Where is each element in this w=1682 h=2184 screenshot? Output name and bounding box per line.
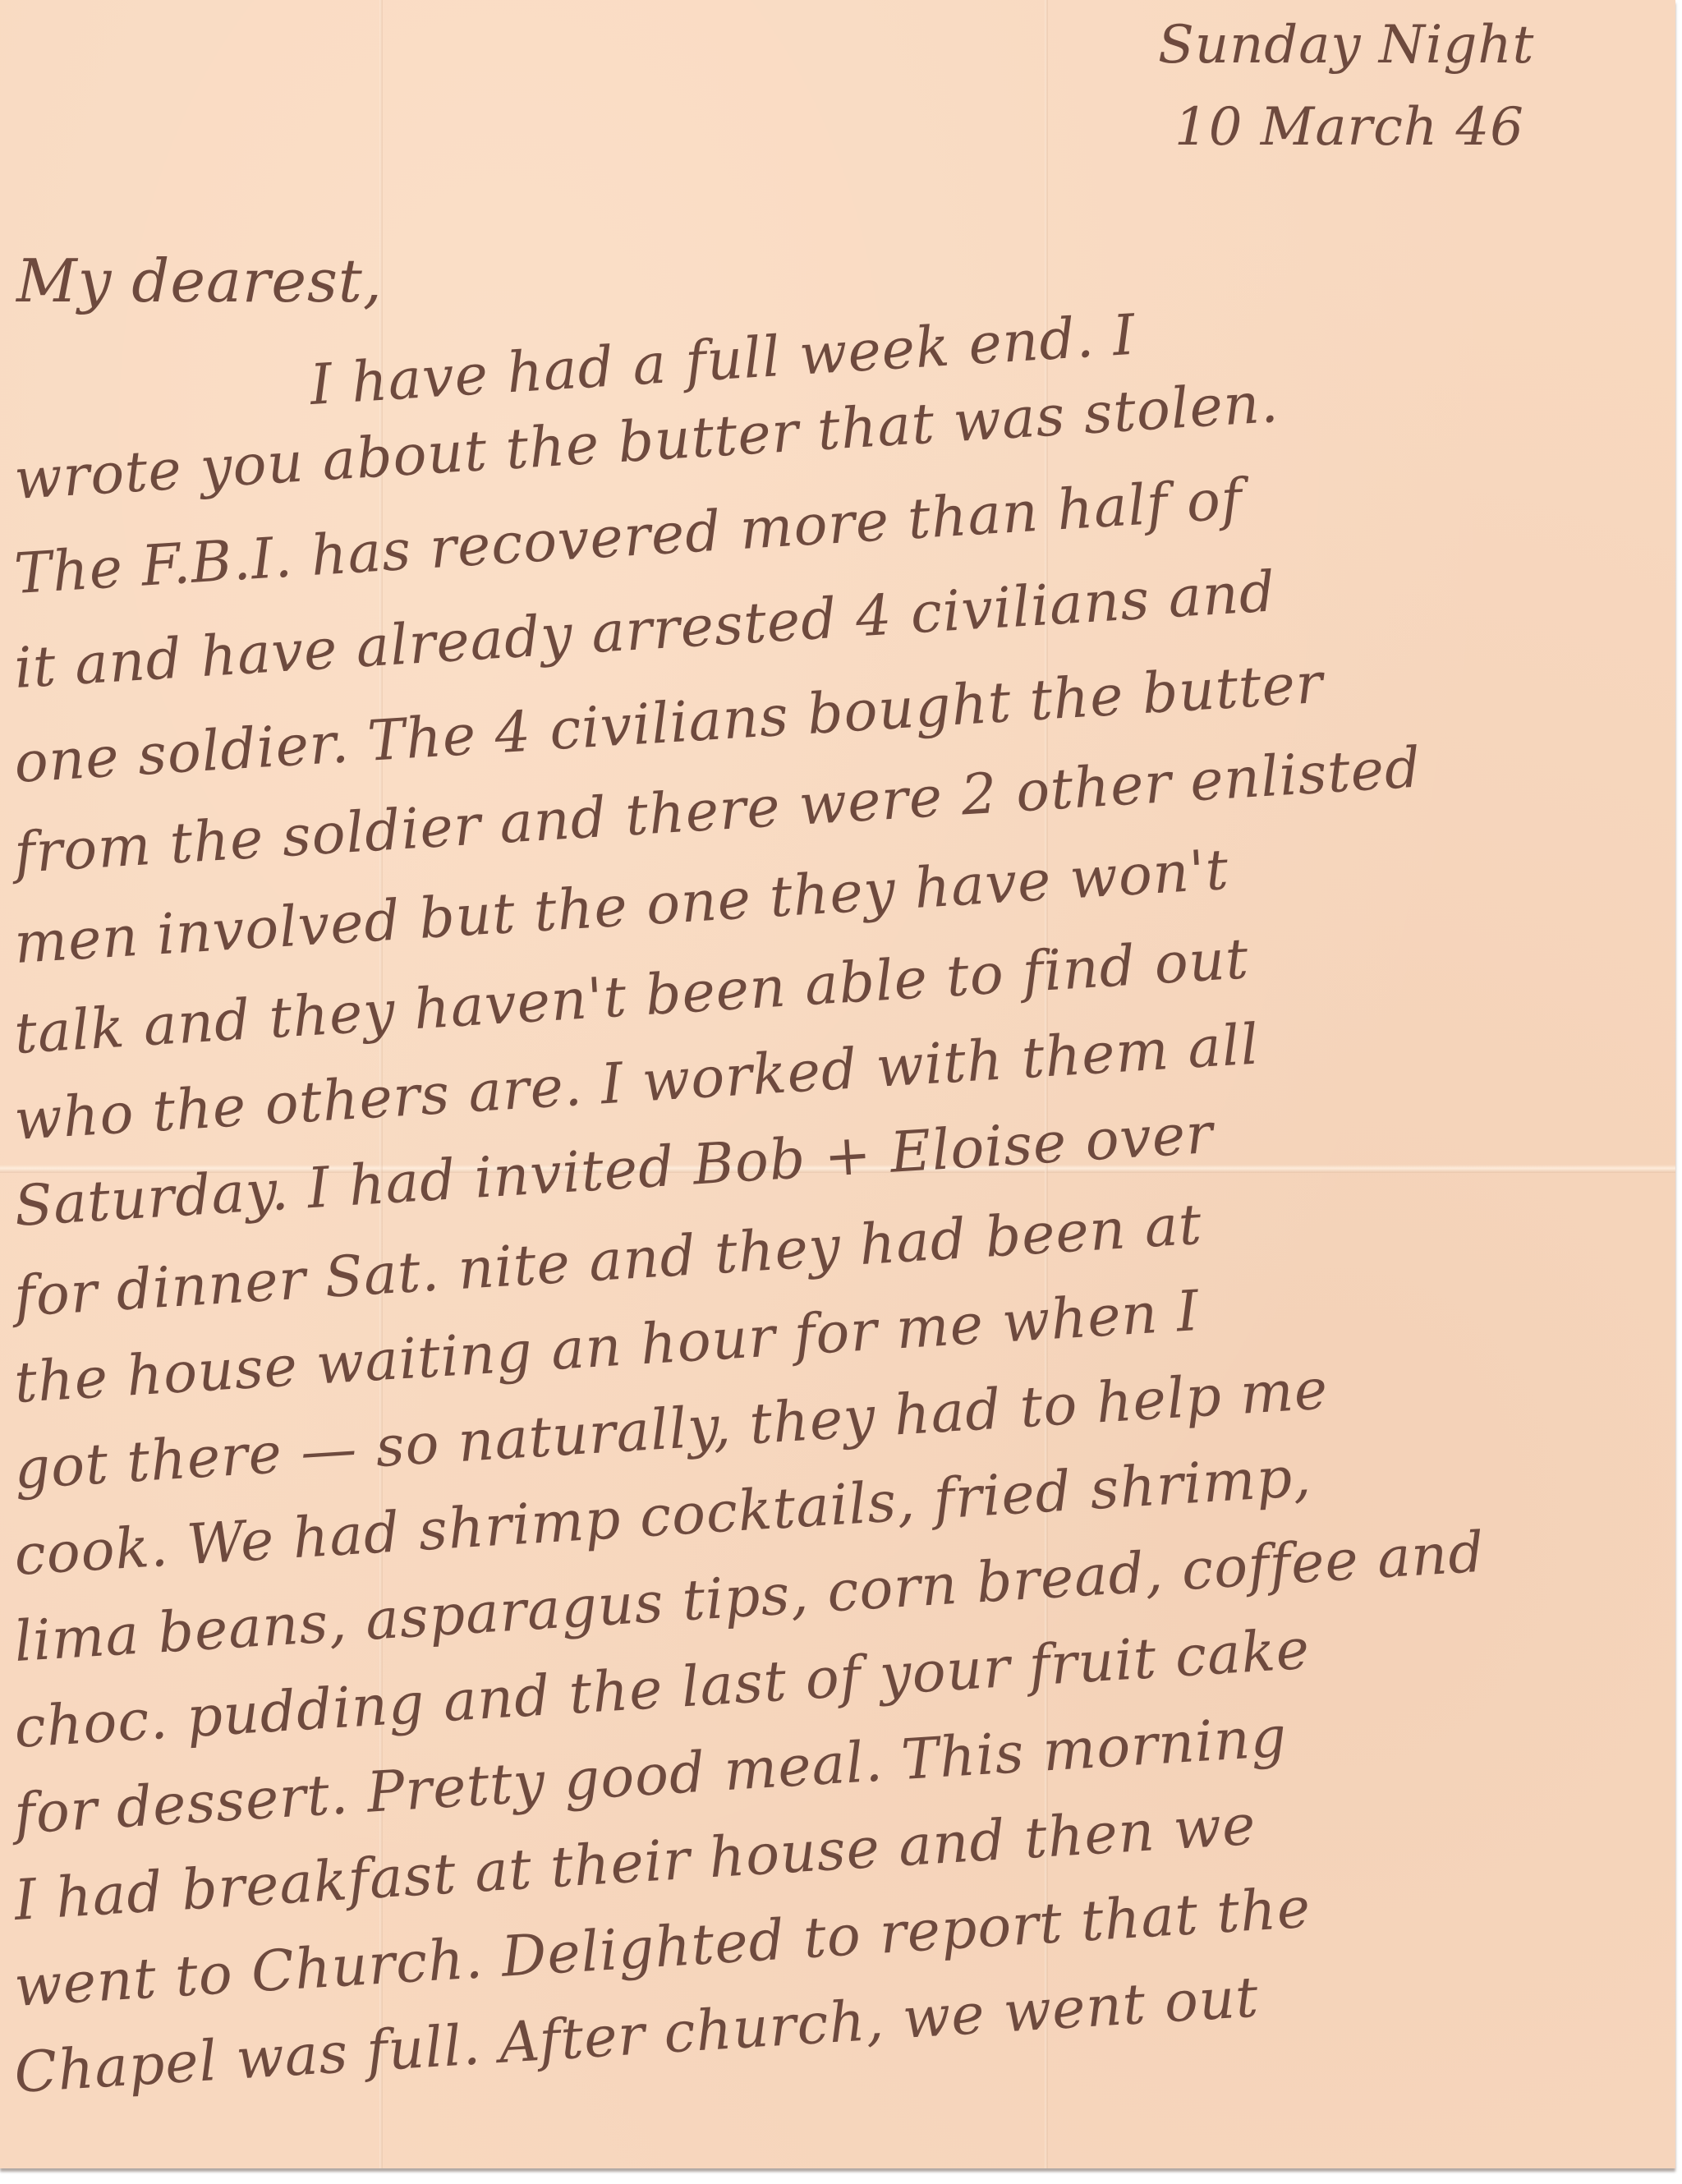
letter-salutation: My dearest, <box>16 246 383 315</box>
reverse-side-show-through <box>1098 32 1114 77</box>
letter-day: Sunday Night <box>1158 15 1534 76</box>
letter-page: Sunday Night 10 March 46 My dearest, I h… <box>0 0 1675 2168</box>
letter-date: 10 March 46 <box>1174 97 1524 158</box>
